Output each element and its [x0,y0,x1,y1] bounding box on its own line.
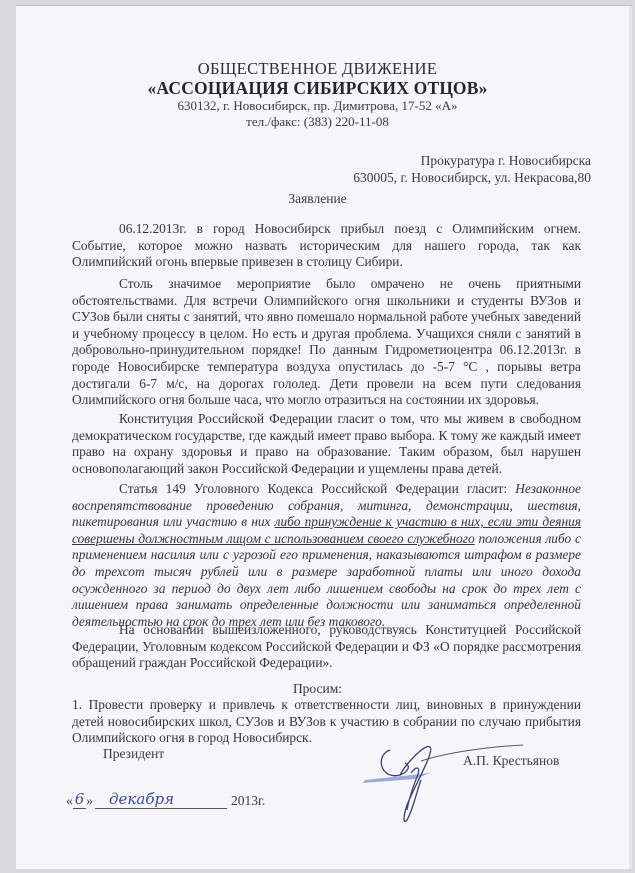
date-month-handwritten: декабря [95,790,227,809]
paragraph-text: Статья 149 Уголовного Кодекса Российской… [72,481,581,630]
addressee-address: 630005, г. Новосибирск, ул. Некрасова,80 [353,169,591,186]
signer-name: А.П. Крестьянов [463,753,559,769]
paragraph-text: Конституция Российской Федерации гласит … [72,411,581,477]
paragraph-text: Столь значимое мероприятие было омрачено… [72,276,581,409]
date-close-quote: » [86,793,93,809]
paragraph-text: На основании вышеизложенного, руководств… [72,622,581,672]
addressee-name: Прокуратура г. Новосибирска [353,152,591,169]
paragraph-2: Столь значимое мероприятие было омрачено… [72,276,581,409]
signing-date: « 6 » декабря 2013г. [66,790,265,809]
paragraph-5: На основании вышеизложенного, руководств… [72,622,581,672]
handwritten-signature-icon [355,735,525,835]
paragraph-4-law-quote: Статья 149 Уголовного Кодекса Российской… [72,481,581,630]
date-year: 2013г. [231,793,265,809]
law-intro: Статья 149 Уголовного Кодекса Российской… [119,481,515,496]
request-title: Просим: [0,681,635,697]
letterhead: ОБЩЕСТВЕННОЕ ДВИЖЕНИЕ «АССОЦИАЦИЯ СИБИРС… [0,59,635,130]
signer-role: Президент [103,746,164,762]
document-title: Заявление [0,191,635,207]
date-day-handwritten: 6 [73,790,87,809]
date-open-quote: « [66,793,73,809]
addressee-block: Прокуратура г. Новосибирска 630005, г. Н… [353,152,591,186]
organization-address: 630132, г. Новосибирск, пр. Димитрова, 1… [0,98,635,114]
paragraph-1: 06.12.2013г. в город Новосибирск прибыл … [72,221,581,271]
organization-name: «АССОЦИАЦИЯ СИБИРСКИХ ОТЦОВ» [0,78,635,98]
paragraph-text: 06.12.2013г. в город Новосибирск прибыл … [72,221,581,271]
organization-type: ОБЩЕСТВЕННОЕ ДВИЖЕНИЕ [0,59,635,78]
paragraph-3: Конституция Российской Федерации гласит … [72,411,581,477]
organization-phone: тел./факс: (383) 220-11-08 [0,114,635,130]
